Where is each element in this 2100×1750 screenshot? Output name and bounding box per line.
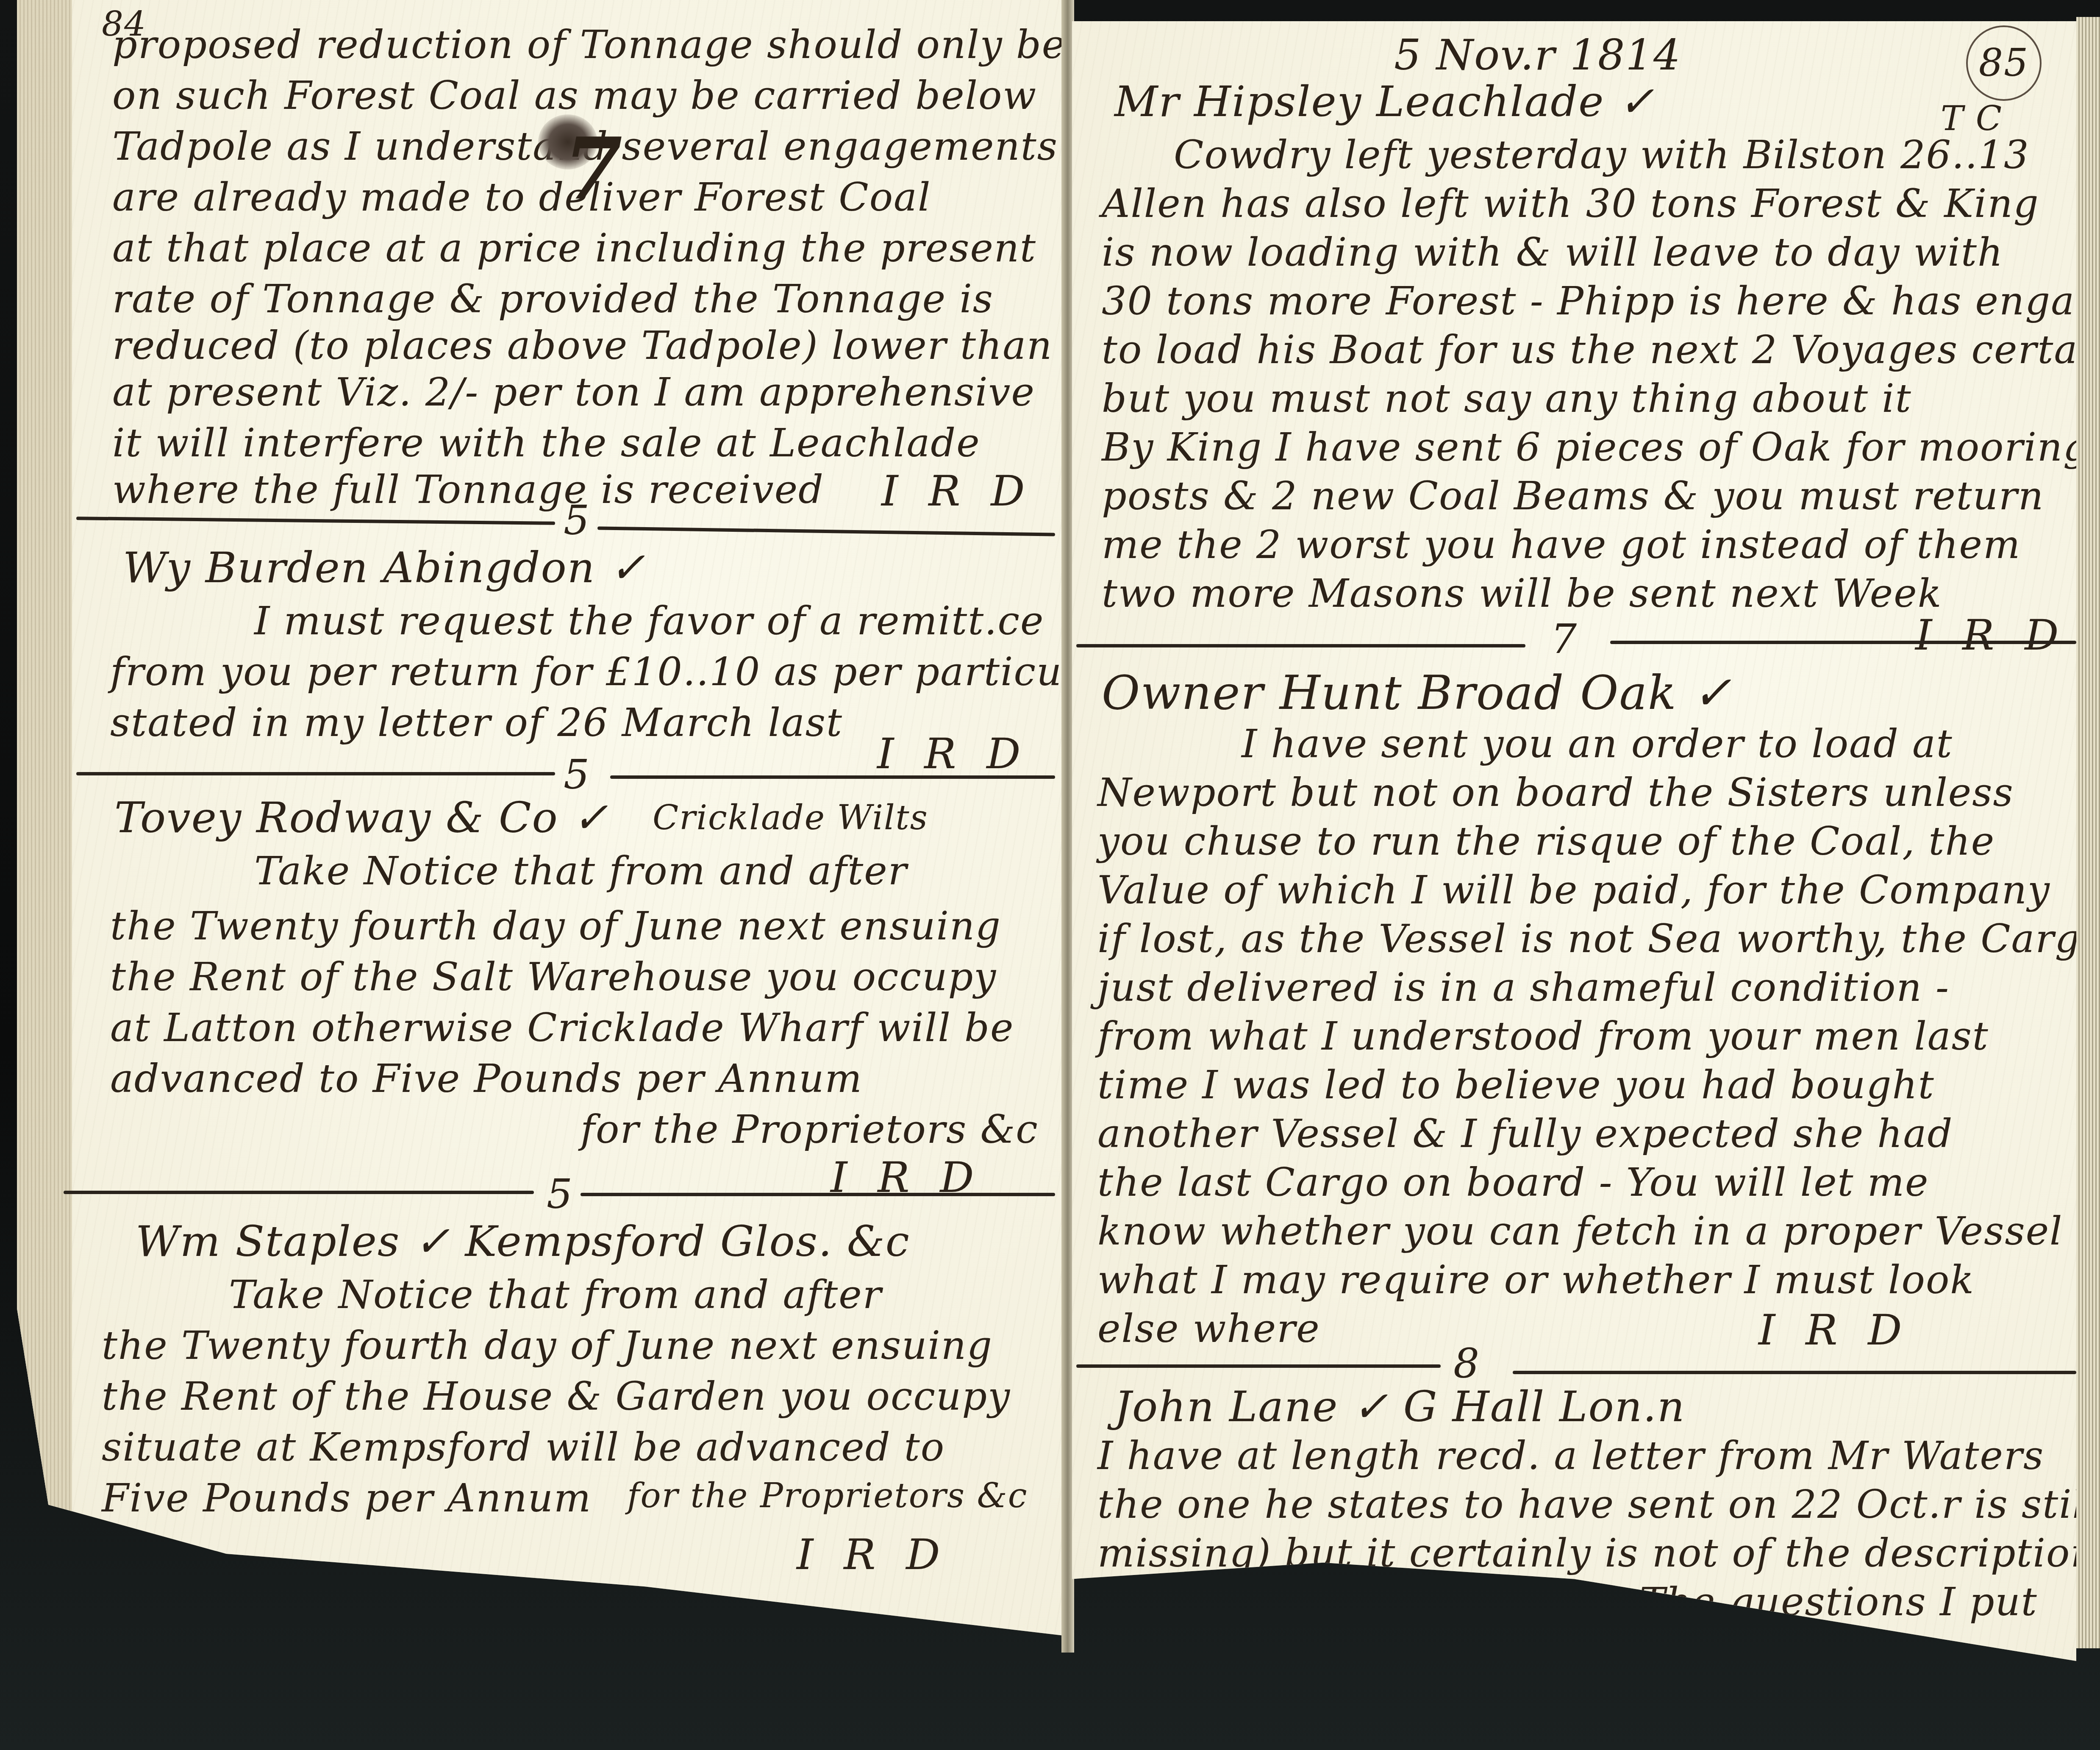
text-line: from what I understood from your men las… <box>1097 1017 1989 1056</box>
signature: I R D <box>797 1530 949 1579</box>
right-page: 5 Nov.r 1814 85 Mr Hipsley Leachlade ✓ T… <box>1072 21 2076 1661</box>
text-line: two more Masons will be sent next Week <box>1102 574 1942 613</box>
text-line: are already made to deliver Forest Coal <box>112 178 931 217</box>
text-line: on such Forest Coal as may be carried be… <box>112 76 1037 115</box>
signature: I R D <box>881 466 1033 516</box>
text-line: Cowdry left yesterday with Bilston 26..1… <box>1174 136 2030 175</box>
page-edges <box>2076 17 2100 1648</box>
divider-date: 5 <box>564 754 590 795</box>
text-line: time I was led to believe you had bought <box>1097 1066 1935 1105</box>
divider-line <box>1076 1364 1441 1368</box>
divider-date: 8 <box>1453 1343 1480 1384</box>
text-line: from you per return for £10..10 as per p… <box>110 653 1064 692</box>
text-line: rate of Tonnage & provided the Tonnage i… <box>112 280 994 319</box>
text-line: know whether you can fetch in a proper V… <box>1097 1212 2063 1251</box>
margin-mark: 7 <box>564 127 623 212</box>
text-line: but you must not say any thing about it <box>1102 379 1912 418</box>
text-line: at that place at a price including the p… <box>112 229 1036 268</box>
text-line: the Rent of the Salt Warehouse you occup… <box>110 958 997 997</box>
divider-date: 7 <box>1551 619 1578 659</box>
divider-line <box>76 772 555 775</box>
closing: for the Proprietors &c <box>581 1110 1039 1149</box>
location: Cricklade Wilts <box>653 801 928 835</box>
text-line: Five Pounds per Annum <box>102 1479 592 1518</box>
text-line: reduced (to places above Tadpole) lower … <box>112 326 1053 365</box>
amount-header: T C <box>1941 102 2003 136</box>
divider-line <box>1610 641 2076 644</box>
text-line: at present Viz. 2/- per ton I am apprehe… <box>112 373 1035 412</box>
text-line: the Twenty fourth day of June next ensui… <box>110 907 1001 946</box>
text-line: advanced to Five Pounds per Annum <box>110 1059 863 1098</box>
text-line: I have at length recd. a letter from Mr … <box>1097 1436 2044 1475</box>
text-line: situate at Kempsford will be advanced to <box>102 1428 945 1467</box>
signature: I R D <box>1758 1305 1911 1355</box>
addressee: Mr Hipsley Leachlade ✓ <box>1114 81 1655 123</box>
text-line: stated in my letter of 26 March last <box>110 703 843 742</box>
text-line: Allen has also left with 30 tons Forest … <box>1102 184 2039 223</box>
text-line: I must request the favor of a remitt.ce <box>254 602 1044 641</box>
text-line: what I may require or whether I must loo… <box>1097 1261 1975 1300</box>
divider-date: 5 <box>547 1174 573 1214</box>
text-line: if lost, as the Vessel is not Sea worthy… <box>1097 919 2076 958</box>
page-number: 85 <box>1966 25 2042 101</box>
divider-line <box>1076 644 1525 647</box>
addressee: John Lane ✓ G Hall Lon.n <box>1114 1386 1685 1428</box>
text-line: Take Notice that from and after <box>229 1275 882 1314</box>
text-line: proposed reduction of Tonnage should onl… <box>112 25 1064 64</box>
text-line: By King I have sent 6 pieces of Oak for … <box>1102 428 2076 467</box>
text-line: I have sent you an order to load at <box>1242 725 1953 764</box>
text-line: you chuse to run the risque of the Coal,… <box>1097 822 1995 861</box>
text-line: where the full Tonnage is received <box>112 470 824 509</box>
text-line: the Rent of the House & Garden you occup… <box>102 1377 1011 1416</box>
text-line: me the 2 worst you have got instead of t… <box>1102 525 2021 564</box>
divider-line <box>64 1191 534 1194</box>
text-line: it will interfere with the sale at Leach… <box>112 424 981 463</box>
addressee: Owner Hunt Broad Oak ✓ <box>1102 669 1733 716</box>
text-line: the last Cargo on board - You will let m… <box>1097 1163 1929 1202</box>
text-line: to load his Boat for us the next 2 Voyag… <box>1102 331 2076 369</box>
addressee: Wy Burden Abingdon ✓ <box>123 547 646 589</box>
text-line: missing) but it certainly is not of the … <box>1097 1534 2076 1573</box>
divider-line <box>597 526 1055 536</box>
left-page: 84 proposed reduction of Tonnage should … <box>17 0 1064 1636</box>
text-line: posts & 2 new Coal Beams & you must retu… <box>1102 477 2044 516</box>
text-line: at Latton otherwise Cricklade Wharf will… <box>110 1008 1014 1047</box>
text-line: 30 tons more Forest - Phipp is here & ha… <box>1102 282 2076 321</box>
divider-line <box>1513 1371 2076 1374</box>
divider-line <box>610 775 1055 779</box>
text-line: just delivered is in a shameful conditio… <box>1097 968 1950 1007</box>
text-line: is now loading with & will leave to day … <box>1102 233 2003 272</box>
signature: I R D <box>1915 610 2067 660</box>
text-line: the Twenty fourth day of June next ensui… <box>102 1326 993 1365</box>
text-line: Newport but not on board the Sisters unl… <box>1097 773 2014 812</box>
divider-date: 5 <box>564 500 590 541</box>
addressee: Tovey Rodway & Co ✓ <box>114 797 609 839</box>
text-line: Value of which I will be paid, for the C… <box>1097 871 2050 910</box>
divider-line <box>581 1193 1055 1196</box>
addressee: Wm Staples ✓ Kempsford Glos. &c <box>136 1220 910 1263</box>
text-line: the one he states to have sent on 22 Oct… <box>1097 1485 2076 1524</box>
signature: I R D <box>877 729 1029 778</box>
text-line: Take Notice that from and after <box>254 852 908 891</box>
closing: for the Proprietors &c <box>627 1479 1028 1513</box>
divider-line <box>76 517 555 525</box>
text-line: else where <box>1097 1309 1320 1348</box>
text-line: another Vessel & I fully expected she ha… <box>1097 1114 1953 1153</box>
date-heading: 5 Nov.r 1814 <box>1394 34 1681 76</box>
